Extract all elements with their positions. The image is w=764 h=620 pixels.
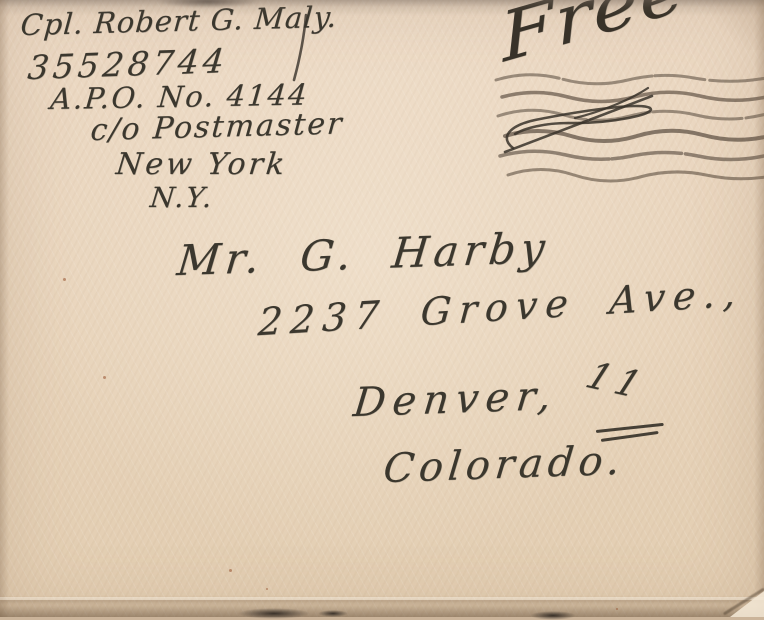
- paper-speck: [616, 608, 618, 610]
- paper-speck: [63, 278, 66, 281]
- return-address-postmaster: c/o Postmaster: [89, 106, 345, 148]
- return-address-city: New York: [114, 147, 289, 182]
- top-right-corner-shading: [694, 0, 764, 50]
- recipient-postal-zone: 11: [580, 355, 653, 407]
- pen-scribble: [505, 88, 652, 152]
- left-edge-shadow: [0, 0, 9, 617]
- recipient-city-line: Denver,11: [351, 370, 648, 426]
- paper-speck: [266, 588, 268, 590]
- bottom-edge-stain: [530, 611, 576, 617]
- recipient-name: Mr. G. Harby: [175, 223, 552, 285]
- recipient-street: 2237 Grove Ave.,: [257, 270, 746, 344]
- recipient-state: Colorado.: [381, 438, 627, 493]
- return-address-state: N.Y.: [149, 181, 216, 214]
- bottom-edge-stain: [318, 610, 348, 617]
- paper-speck: [103, 376, 106, 379]
- bottom-edge-stain: [238, 608, 310, 617]
- top-edge-shadow: [0, 0, 764, 16]
- right-edge-shadow: [754, 0, 764, 617]
- bottom-edge-shadow: [0, 597, 764, 617]
- paper-speck: [229, 569, 232, 572]
- recipient-city: Denver,: [351, 373, 560, 426]
- envelope-front: Cpl. Robert G. Maly. 35528744 A.P.O. No.…: [0, 0, 764, 617]
